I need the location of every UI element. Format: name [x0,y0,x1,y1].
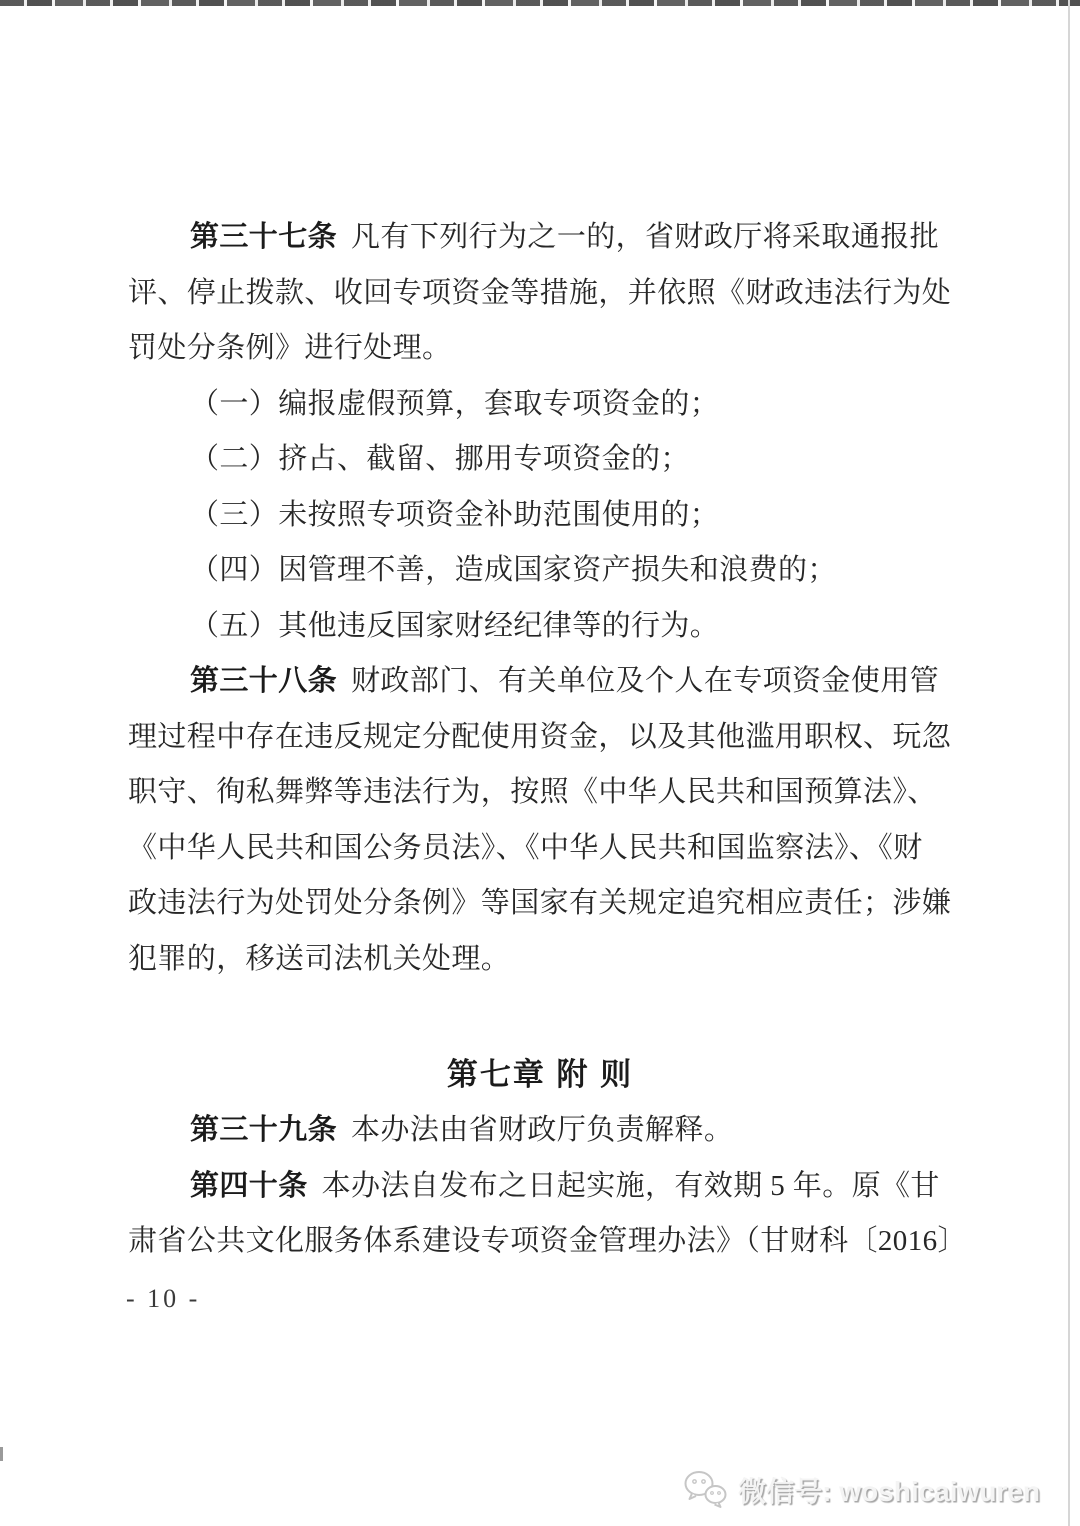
line-text: （三）未按照专项资金补助范围使用的； [190,499,719,531]
document-body: 第三十七条凡有下列行为之一的，省财政厅将采取通报批 评、停止拨款、收回专项资金等… [128,210,952,1270]
paragraph-line: 罚处分条例》进行处理。 [128,321,952,377]
list-item-line: （三）未按照专项资金补助范围使用的； [128,488,952,544]
wechat-watermark: 微信号: woshicaiwuren [682,1468,1040,1512]
page-number: - 10 - [126,1284,200,1314]
scan-artifact-right-line [1068,0,1070,1526]
list-item-line: （一）编报虚假预算，套取专项资金的； [128,377,952,433]
paragraph-line: 第三十八条财政部门、有关单位及个人在专项资金使用管 [128,654,952,710]
line-text: 本办法自发布之日起实施，有效期 5 年。原《甘 [322,1170,940,1202]
article-number: 第三十九条 [190,1114,337,1146]
paragraph-line: 《中华人民共和国公务员法》、《中华人民共和国监察法》、《财 [128,821,952,877]
line-text: 财政部门、有关单位及个人在专项资金使用管 [351,665,939,697]
paragraph-line: 评、停止拨款、收回专项资金等措施，并依照《财政违法行为处 [128,266,952,322]
paragraph-line: 第三十七条凡有下列行为之一的，省财政厅将采取通报批 [128,210,952,266]
scanned-document-page: 第三十七条凡有下列行为之一的，省财政厅将采取通报批 评、停止拨款、收回专项资金等… [0,0,1080,1526]
paragraph-line: 职守、徇私舞弊等违法行为，按照《中华人民共和国预算法》、 [128,765,952,821]
list-item-line: （二）挤占、截留、挪用专项资金的； [128,432,952,488]
article-number: 第三十七条 [190,221,337,253]
line-text: 凡有下列行为之一的，省财政厅将采取通报批 [351,221,939,253]
chapter-heading: 第七章 附 则 [128,1047,952,1103]
line-text: 本办法由省财政厅负责解释。 [351,1114,733,1146]
scan-artifact-left-tick [0,1447,3,1461]
article-number: 第三十八条 [190,665,337,697]
line-text: 罚处分条例》进行处理。 [128,332,451,364]
paragraph-line: 第四十条本办法自发布之日起实施，有效期 5 年。原《甘 [128,1159,952,1215]
line-text: 《中华人民共和国公务员法》、《中华人民共和国监察法》、《财 [128,832,923,864]
article-number: 第四十条 [190,1170,308,1202]
line-text: 政违法行为处罚处分条例》等国家有关规定追究相应责任；涉嫌 [128,887,951,919]
paragraph-line: 犯罪的，移送司法机关处理。 [128,932,952,988]
paragraph-line: 政违法行为处罚处分条例》等国家有关规定追究相应责任；涉嫌 [128,876,952,932]
paragraph-line: 肃省公共文化服务体系建设专项资金管理办法》（甘财科〔2016〕 [128,1214,952,1270]
scan-artifact-top-edge [0,0,1080,6]
paragraph-line: 第三十九条本办法由省财政厅负责解释。 [128,1103,952,1159]
line-text: 评、停止拨款、收回专项资金等措施，并依照《财政违法行为处 [128,277,951,309]
wechat-icon [682,1468,730,1512]
line-text: （二）挤占、截留、挪用专项资金的； [190,443,690,475]
line-text: 犯罪的，移送司法机关处理。 [128,943,510,975]
line-text: 肃省公共文化服务体系建设专项资金管理办法》（甘财科〔2016〕 [128,1225,967,1257]
line-text: （五）其他违反国家财经纪律等的行为。 [190,610,719,642]
line-text: 理过程中存在违反规定分配使用资金，以及其他滥用职权、玩忽 [128,721,951,753]
line-text: （一）编报虚假预算，套取专项资金的； [190,388,719,420]
watermark-label: 微信号: woshicaiwuren [738,1470,1040,1510]
list-item-line: （四）因管理不善，造成国家资产损失和浪费的； [128,543,952,599]
list-item-line: （五）其他违反国家财经纪律等的行为。 [128,599,952,655]
paragraph-line: 理过程中存在违反规定分配使用资金，以及其他滥用职权、玩忽 [128,710,952,766]
line-text: （四）因管理不善，造成国家资产损失和浪费的； [190,554,837,586]
line-text: 职守、徇私舞弊等违法行为，按照《中华人民共和国预算法》、 [128,776,937,808]
